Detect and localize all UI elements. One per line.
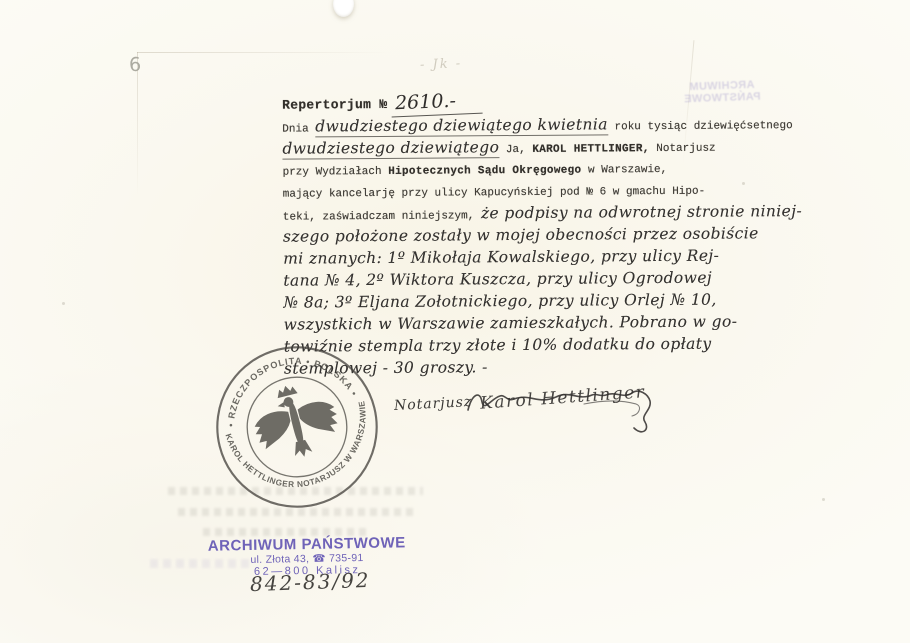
document-line: teki, zaświadczam niniejszym, że podpisy… (283, 200, 753, 225)
text-segment: szego położone zostały w mojej obecności… (283, 224, 759, 245)
text-segment: tana № 4, 2º Wiktora Kuszcza, przy ulicy… (283, 269, 712, 290)
document-line: mi znanych: 1º Mikołaja Kowalskiego, prz… (283, 244, 753, 269)
text-segment: Ja, (499, 144, 532, 156)
pencil-note: - Jk - (420, 56, 463, 72)
repertorium-line: Repertorjum №2610.- (282, 86, 752, 115)
archival-page-number: 6 (128, 54, 141, 77)
archive-reference-number: 842-83/92 (250, 568, 371, 596)
document-line: przy Wydziałach Hipotecznych Sądu Okręgo… (282, 156, 752, 181)
text-segment: mi znanych: 1º Mikołaja Kowalskiego, prz… (283, 247, 719, 268)
text-segment: mający kancelarję przy ulicy Kapucyńskie… (283, 186, 706, 201)
dust-speck (62, 302, 65, 305)
page-edge-top (137, 52, 393, 53)
repertorium-number: 2610.- (391, 87, 483, 118)
text-segment: KAROL HETTLINGER, (532, 143, 649, 156)
text-segment: Hipotecznych Sądu Okręgowego (388, 165, 581, 178)
document-line: dwudziestego dziewiątego Ja, KAROL HETTL… (282, 134, 752, 159)
text-segment: teki, zaświadczam niniejszym, (283, 210, 481, 223)
text-segment: przy Wydziałach (283, 166, 389, 179)
dust-speck (822, 498, 825, 501)
signature-prefix: Notarjusz (394, 394, 473, 414)
document-line: Dnia dwudziestego dziewiątego kwietnia r… (282, 112, 752, 137)
notary-signature: Notarjusz Karol Hettlinger (392, 372, 652, 444)
text-segment: roku tysiąc dziewięćsetnego (608, 120, 793, 133)
text-segment: Dnia (282, 123, 315, 135)
text-segment: dwudziestego dziewiątego kwietnia (315, 115, 608, 137)
text-segment: Notarjusz (650, 143, 716, 155)
text-segment: w Warszawie, (581, 164, 667, 177)
punch-hole (333, 0, 354, 17)
text-segment: dwudziestego dziewiątego (282, 138, 499, 160)
document-line: szego położone zostały w mojej obecności… (283, 222, 753, 247)
text-segment: № 8a; 3º Eljana Zołotnickiego, przy ulic… (283, 291, 716, 312)
document-line: mający kancelarję przy ulicy Kapucyńskie… (283, 178, 753, 203)
repertorium-label: Repertorjum № (282, 97, 387, 113)
text-segment: że podpisy na odwrotnej stronie niniej- (481, 202, 802, 222)
